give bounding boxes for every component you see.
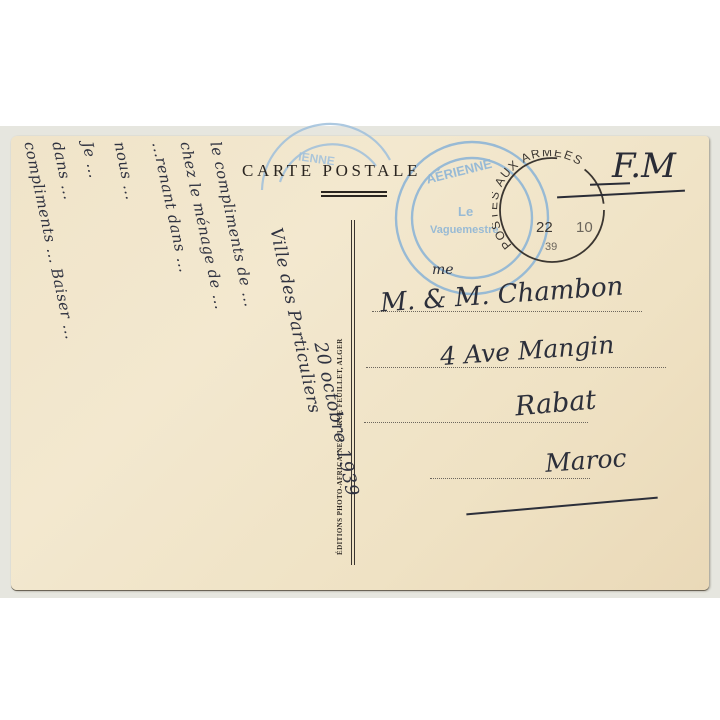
cachet-line-1: Le bbox=[458, 204, 473, 219]
postmark-stamp: POSTES AUX ARMÉES 22 10 39 bbox=[492, 150, 612, 270]
postmark-day: 22 bbox=[536, 219, 553, 236]
postmark-year: 39 bbox=[545, 241, 557, 253]
address-country: Maroc bbox=[544, 443, 627, 478]
postcard-title: CARTE POSTALE bbox=[242, 161, 421, 181]
title-underline-1 bbox=[321, 191, 387, 193]
address-line-3 bbox=[364, 422, 588, 423]
postmark-ring-text: POSTES AUX ARMÉES bbox=[492, 150, 586, 252]
franchise-mark: F.M bbox=[612, 146, 676, 186]
svg-text:POSTES AUX ARMÉES: POSTES AUX ARMÉES bbox=[492, 150, 586, 252]
divider-line-1 bbox=[351, 220, 352, 565]
address-line-4 bbox=[430, 478, 590, 479]
divider-line-2 bbox=[354, 220, 355, 565]
address-line-2 bbox=[366, 367, 666, 368]
title-underline-2 bbox=[321, 195, 387, 197]
address-prefix: me bbox=[432, 262, 454, 278]
postmark-month: 10 bbox=[576, 219, 593, 236]
cachet-line-2: Vaguemestre bbox=[430, 224, 498, 236]
